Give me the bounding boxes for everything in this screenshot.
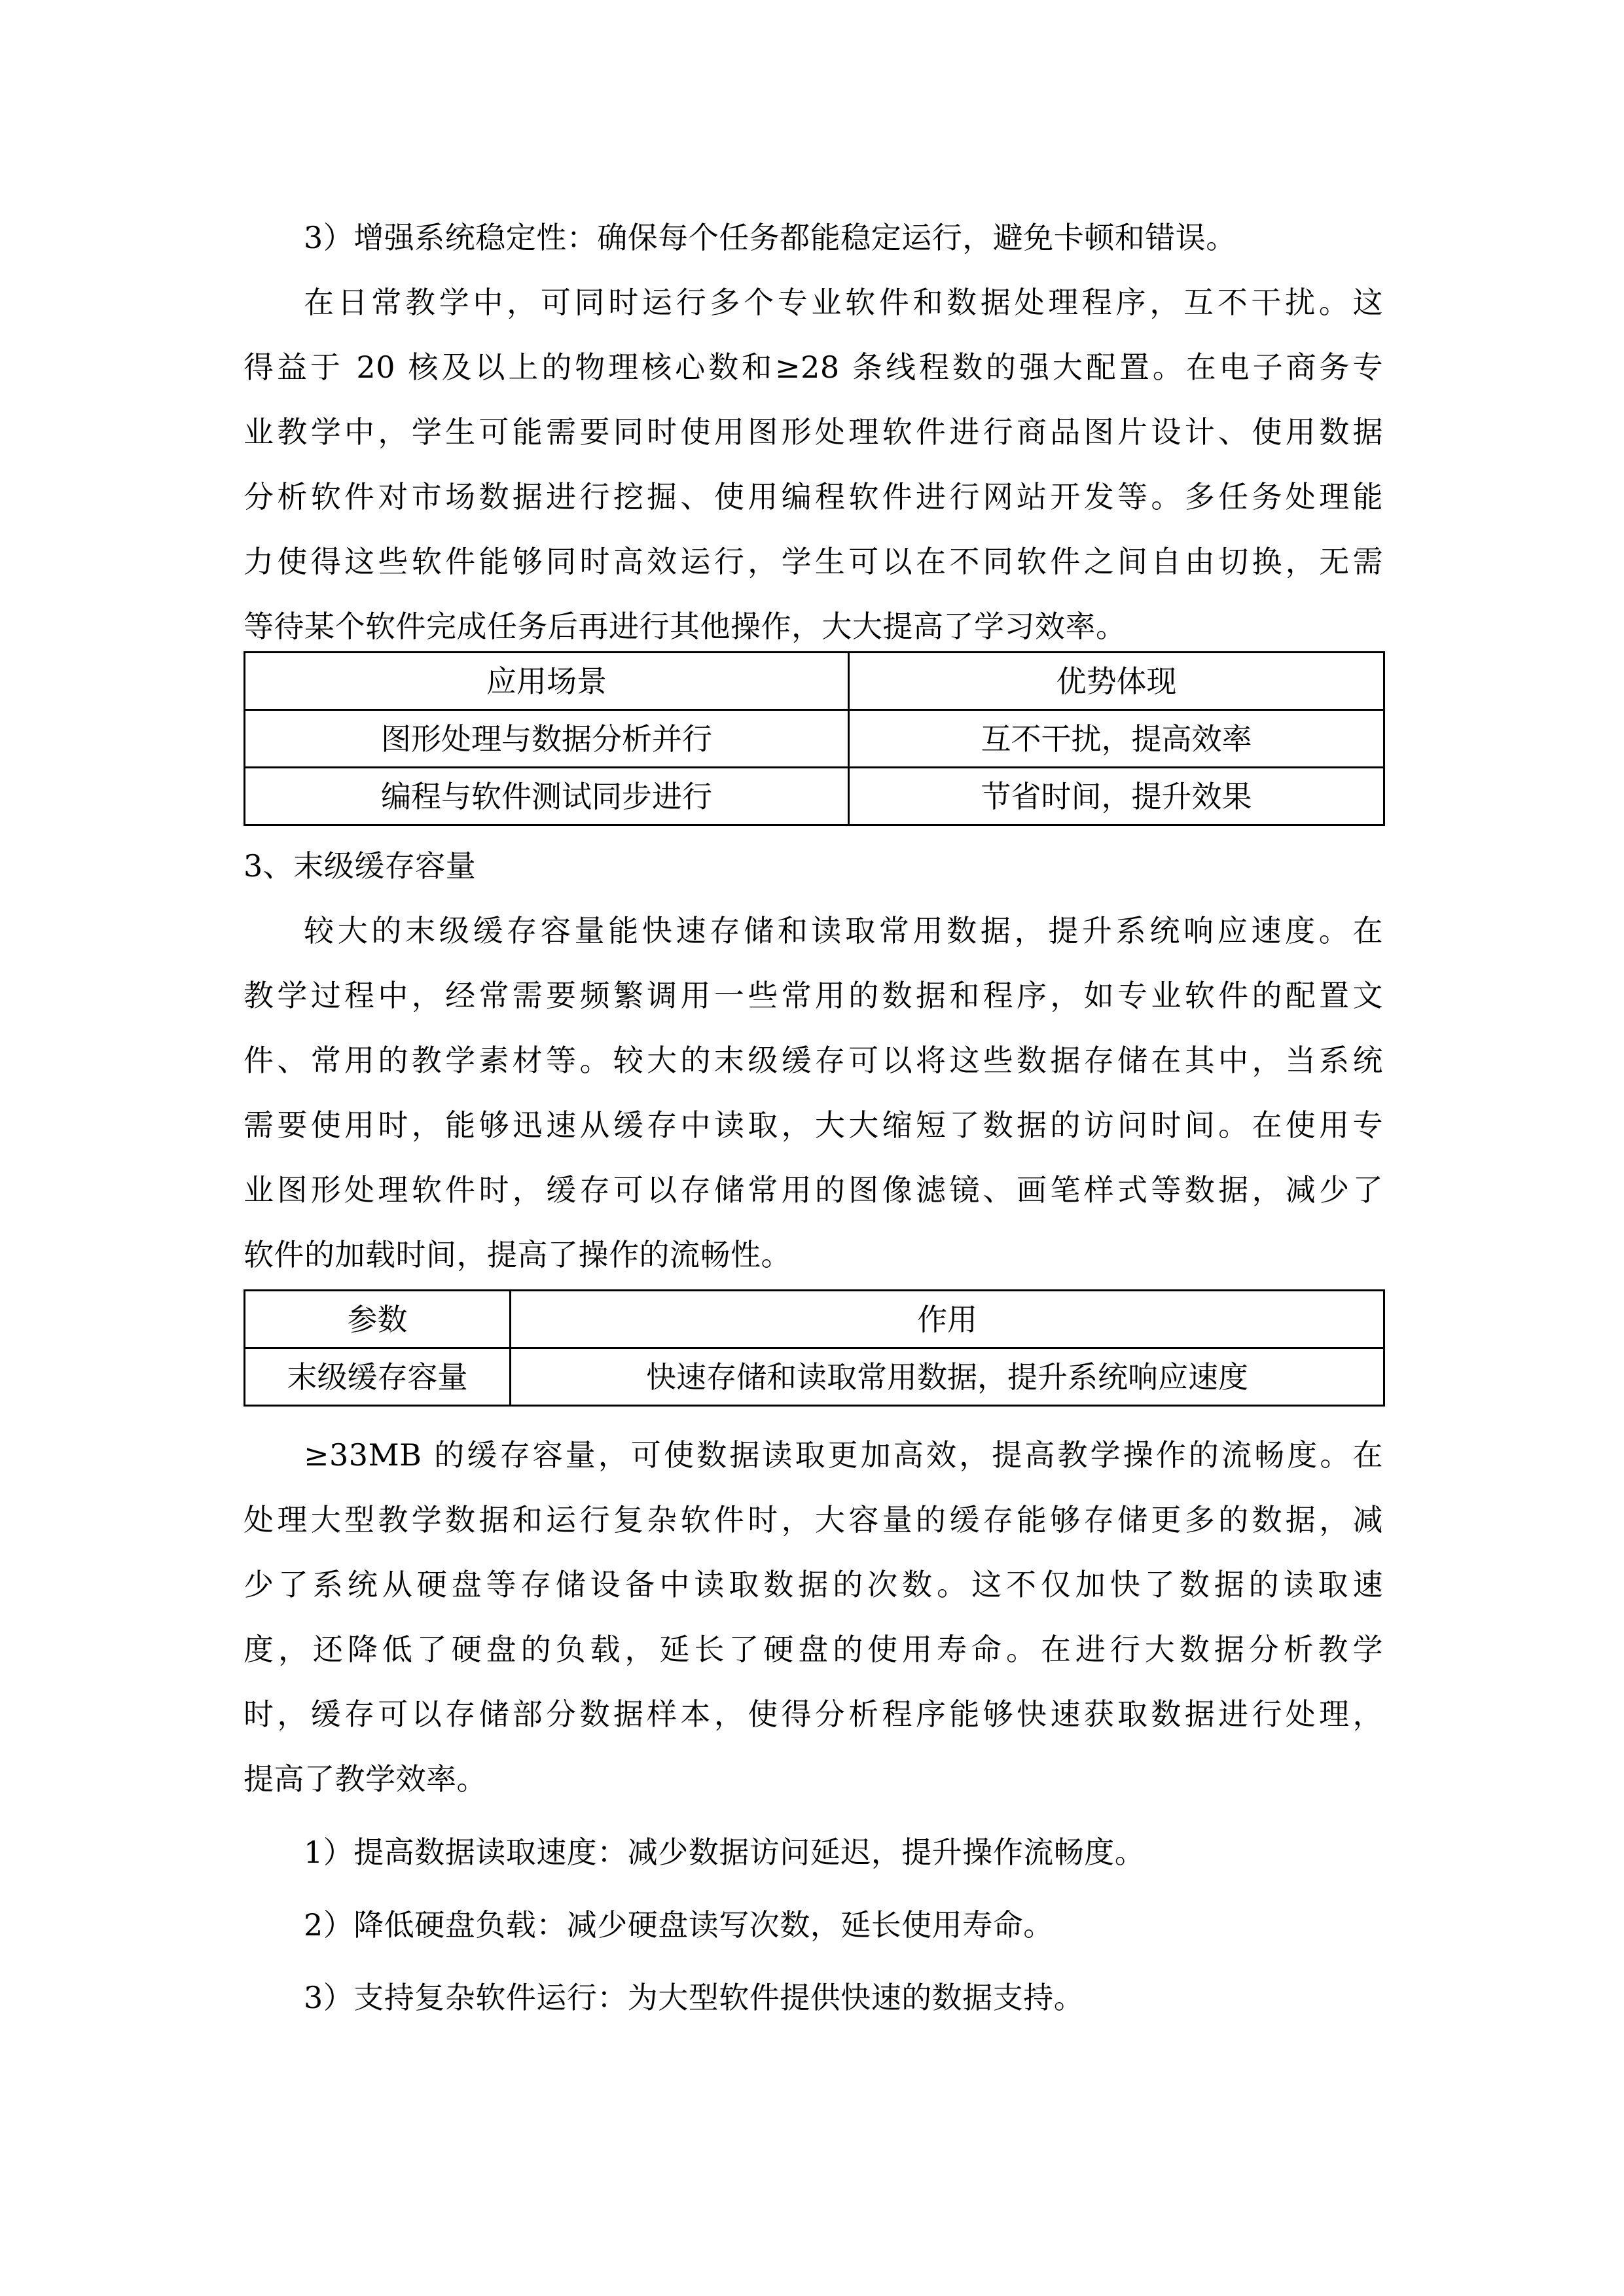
paragraph-line: 分析软件对市场数据进行挖掘、使用编程软件进行网站开发等。多任务处理能 bbox=[244, 477, 1383, 516]
table-header-row: 参数 作用 bbox=[245, 1291, 1384, 1348]
table-cell: 末级缓存容量 bbox=[245, 1348, 511, 1406]
multitask-table: 应用场景 优势体现 图形处理与数据分析并行 互不干扰，提高效率 编程与软件测试同… bbox=[244, 651, 1385, 826]
paragraph-line: 少了系统从硬盘等存储设备中读取数据的次数。这不仅加快了数据的读取速 bbox=[244, 1565, 1383, 1604]
paragraph-line: ≥33MB 的缓存容量，可使数据读取更加高效，提高教学操作的流畅度。在 bbox=[304, 1435, 1383, 1475]
table-row: 末级缓存容量 快速存储和读取常用数据，提升系统响应速度 bbox=[245, 1348, 1384, 1406]
table-cell: 节省时间，提升效果 bbox=[849, 768, 1384, 825]
paragraph-line: 力使得这些软件能够同时高效运行，学生可以在不同软件之间自由切换，无需 bbox=[244, 542, 1383, 581]
list-item: 3）支持复杂软件运行：为大型软件提供快速的数据支持。 bbox=[304, 1978, 1084, 2017]
paragraph-line: 教学过程中，经常需要频繁调用一些常用的数据和程序，如专业软件的配置文 bbox=[244, 976, 1383, 1015]
table-cell: 互不干扰，提高效率 bbox=[849, 710, 1384, 768]
list-item-stability: 3）增强系统稳定性：确保每个任务都能稳定运行，避免卡顿和错误。 bbox=[304, 218, 1236, 257]
paragraph-line: 等待某个软件完成任务后再进行其他操作，大大提高了学习效率。 bbox=[244, 607, 1127, 646]
table-cell: 编程与软件测试同步进行 bbox=[245, 768, 849, 825]
paragraph-line: 在日常教学中，可同时运行多个专业软件和数据处理程序，互不干扰。这 bbox=[304, 283, 1383, 322]
table-cell: 快速存储和读取常用数据，提升系统响应速度 bbox=[511, 1348, 1384, 1406]
table-header-cell: 优势体现 bbox=[849, 653, 1384, 710]
table-header-cell: 参数 bbox=[245, 1291, 511, 1348]
section-heading: 3、末级缓存容量 bbox=[244, 846, 476, 886]
paragraph-line: 得益于 20 核及以上的物理核心数和≥28 条线程数的强大配置。在电子商务专 bbox=[244, 348, 1383, 387]
paragraph-line: 度，还降低了硬盘的负载，延长了硬盘的使用寿命。在进行大数据分析教学 bbox=[244, 1630, 1383, 1669]
paragraph-line: 时，缓存可以存储部分数据样本，使得分析程序能够快速获取数据进行处理， bbox=[244, 1695, 1383, 1734]
table-row: 编程与软件测试同步进行 节省时间，提升效果 bbox=[245, 768, 1384, 825]
paragraph-line: 提高了教学效率。 bbox=[244, 1759, 487, 1799]
paragraph-line: 件、常用的教学素材等。较大的末级缓存可以将这些数据存储在其中，当系统 bbox=[244, 1041, 1383, 1080]
paragraph-line: 需要使用时，能够迅速从缓存中读取，大大缩短了数据的访问时间。在使用专 bbox=[244, 1105, 1383, 1145]
table-cell: 图形处理与数据分析并行 bbox=[245, 710, 849, 768]
cache-table: 参数 作用 末级缓存容量 快速存储和读取常用数据，提升系统响应速度 bbox=[244, 1289, 1385, 1407]
table-header-cell: 应用场景 bbox=[245, 653, 849, 710]
paragraph-line: 业教学中，学生可能需要同时使用图形处理软件进行商品图片设计、使用数据 bbox=[244, 412, 1383, 452]
paragraph-line: 处理大型教学数据和运行复杂软件时，大容量的缓存能够存储更多的数据，减 bbox=[244, 1500, 1383, 1539]
paragraph-line: 较大的末级缓存容量能快速存储和读取常用数据，提升系统响应速度。在 bbox=[304, 911, 1383, 950]
paragraph-line: 软件的加载时间，提高了操作的流畅性。 bbox=[244, 1235, 791, 1274]
table-header-cell: 作用 bbox=[511, 1291, 1384, 1348]
list-item: 1）提高数据读取速度：减少数据访问延迟，提升操作流畅度。 bbox=[304, 1833, 1145, 1872]
list-item: 2）降低硬盘负载：减少硬盘读写次数，延长使用寿命。 bbox=[304, 1905, 1054, 1945]
table-row: 图形处理与数据分析并行 互不干扰，提高效率 bbox=[245, 710, 1384, 768]
paragraph-line: 业图形处理软件时，缓存可以存储常用的图像滤镜、画笔样式等数据，减少了 bbox=[244, 1170, 1383, 1210]
table-header-row: 应用场景 优势体现 bbox=[245, 653, 1384, 710]
